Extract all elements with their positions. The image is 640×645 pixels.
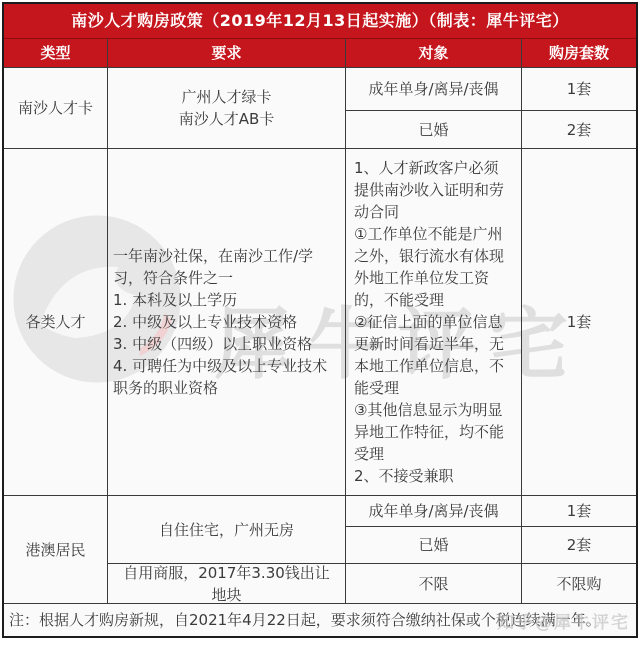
header-requirement: 要求 (108, 39, 346, 68)
requirement-hk-commercial: 自用商服，2017年3.30钱出让地块 (108, 564, 346, 604)
table-title: 南沙人才购房政策（2019年12月13日起实施）（制表：犀牛评宅） (4, 4, 636, 39)
target-hk-married: 已婚 (346, 527, 522, 564)
quota-hk-single: 1套 (522, 496, 636, 527)
quota-hk-married: 2套 (522, 527, 636, 564)
target-nansha-married: 已婚 (346, 111, 522, 149)
type-hk-macau: 港澳居民 (4, 496, 108, 604)
footnote: 注：根据人才购房新规，自2021年4月22日起，要求须符合缴纳社保或个税连续满一… (4, 604, 636, 636)
header-quota: 购房套数 (522, 39, 636, 68)
target-hk-commercial: 不限 (346, 564, 522, 604)
type-nansha-card: 南沙人才卡 (4, 68, 108, 149)
requirement-talents: 一年南沙社保，在南沙工作/学习，符合条件之一 1. 本科及以上学历 2. 中级及… (108, 149, 346, 496)
header-type: 类型 (4, 39, 108, 68)
type-talents: 各类人才 (4, 149, 108, 496)
requirement-nansha-card: 广州人才绿卡 南沙人才AB卡 (108, 68, 346, 149)
quota-nansha-single: 1套 (522, 68, 636, 111)
quota-hk-commercial: 不限购 (522, 564, 636, 604)
header-target: 对象 (346, 39, 522, 68)
quota-talents: 1套 (522, 149, 636, 496)
requirement-hk-residential: 自住住宅，广州无房 (108, 496, 346, 564)
target-talents: 1、人才新政客户必须提供南沙收入证明和劳动合同 ①工作单位不能是广州之外，银行流… (346, 149, 522, 496)
quota-nansha-married: 2套 (522, 111, 636, 149)
policy-table: 犀牛评宅 南沙人才购房政策（2019年12月13日起实施）（制表：犀牛评宅） 类… (2, 2, 638, 638)
target-hk-single: 成年单身/离异/丧偶 (346, 496, 522, 527)
target-nansha-single: 成年单身/离异/丧偶 (346, 68, 522, 111)
